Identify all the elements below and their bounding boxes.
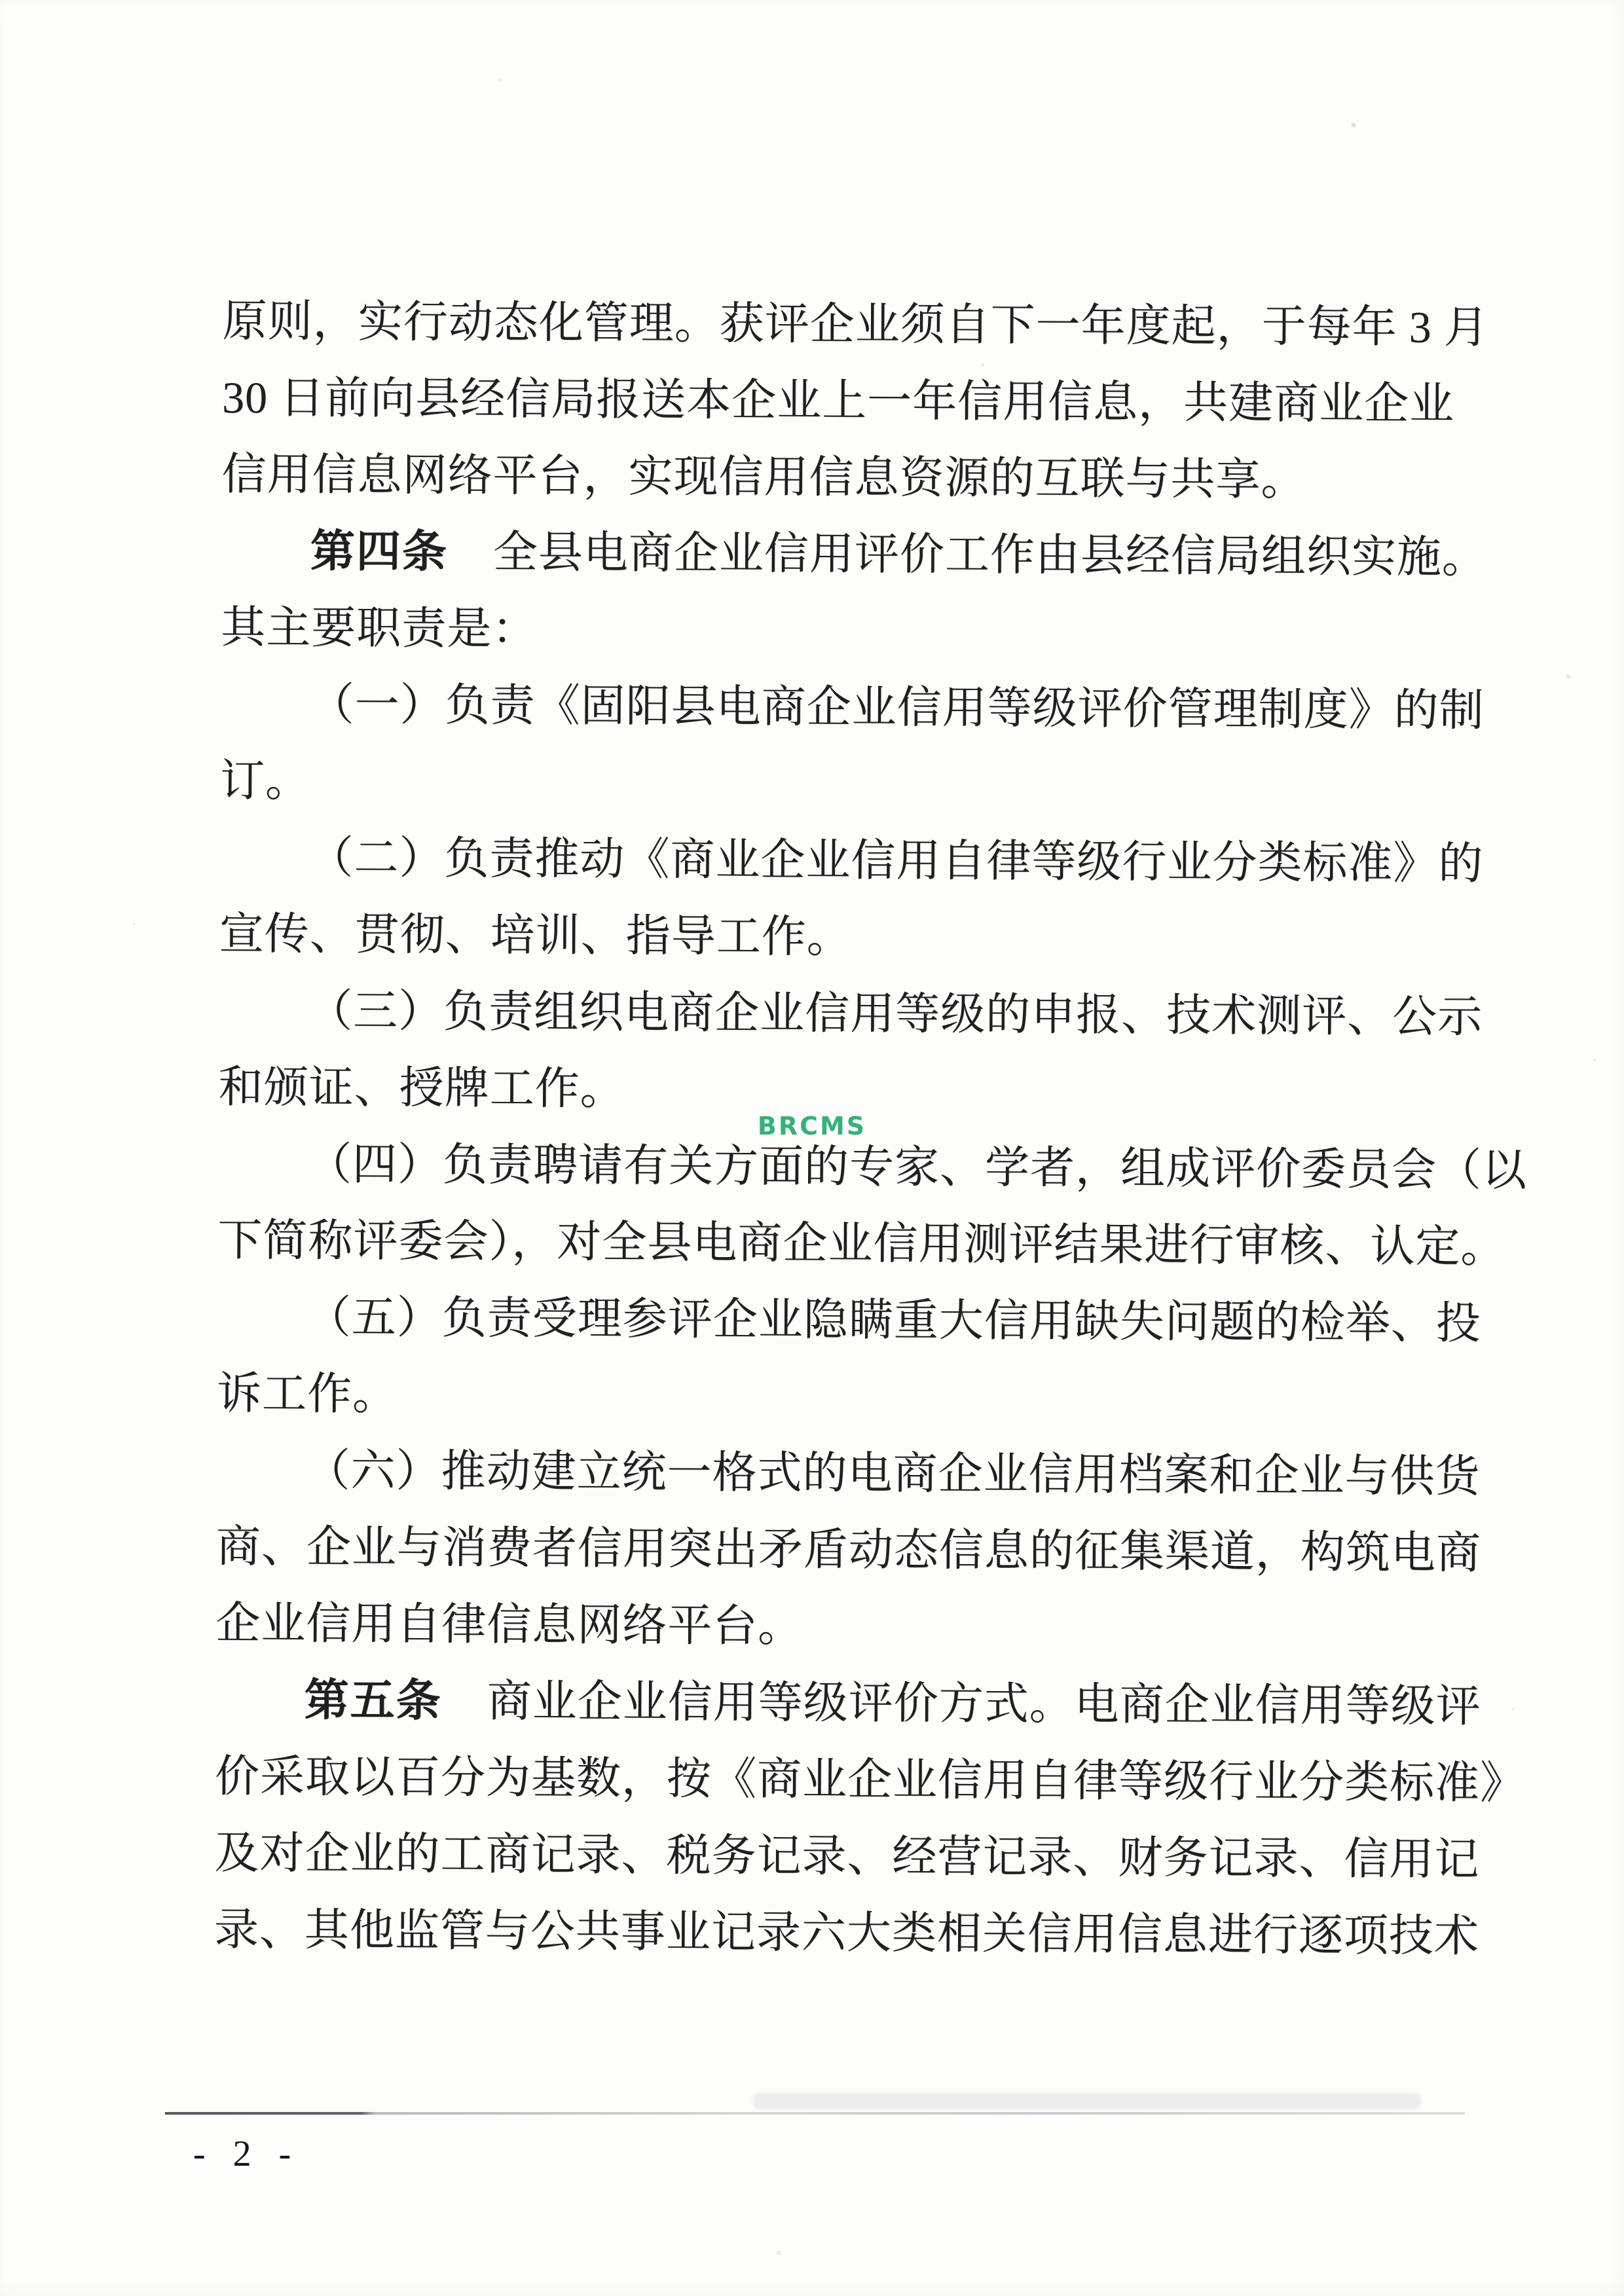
text-line: 原则，实行动态化管理。获评企业须自下一年度起，于每年 3 月 (222, 283, 1467, 366)
text-line: （三）负责组织电商企业信用等级的申报、技术测评、公示 (219, 972, 1464, 1055)
text-segment: （六）推动建立统一格式的电商企业信用档案和企业与供货 (305, 1446, 1480, 1501)
text-segment: 及对企业的工商记录、税务记录、经营记录、财务记录、信用记 (214, 1828, 1479, 1884)
text-segment: （三）负责组织电商企业信用等级的申报、技术测评、公示 (308, 986, 1483, 1042)
text-segment: （五）负责受理参评企业隐瞒重大信用缺失问题的检举、投 (306, 1292, 1481, 1348)
text-line: 录、其他监管与公共事业记录六大类相关信用信息进行逐项技术 (214, 1891, 1459, 1975)
watermark-text: BRCMS (758, 1112, 866, 1140)
text-segment: 订。 (220, 756, 310, 806)
text-segment: 和颁证、授牌工作。 (218, 1062, 625, 1114)
scan-smudge (753, 2092, 1421, 2109)
text-segment: 企业信用自律信息网络平台。 (215, 1598, 803, 1651)
text-segment: 30 日前向县经信局报送本企业上一年信用信息，共建商业企业 (222, 373, 1454, 429)
text-line: 30 日前向县经信局报送本企业上一年信用信息，共建商业企业 (222, 359, 1467, 443)
text-segment: 价采取以百分为基数，按《商业企业信用自律等级行业分类标准》 (215, 1751, 1525, 1808)
text-line: 第五条 商业企业信用等级评价方式。电商企业信用等级评 (215, 1662, 1460, 1745)
text-line: 第四条 全县电商企业信用评价工作由县经信局组织实施。 (221, 513, 1466, 596)
text-segment: 诉工作。 (217, 1368, 397, 1419)
text-segment: 其主要职责是： (221, 602, 537, 654)
text-line: 下简称评委会），对全县电商企业信用测评结果进行审核、认定。 (217, 1202, 1462, 1285)
text-segment: （四）负责聘请有关方面的专家、学者，组成评价委员会（以 (307, 1139, 1527, 1195)
text-line: 信用信息网络平台，实现信用信息资源的互联与共享。 (221, 436, 1466, 519)
scanned-document-page: 原则，实行动态化管理。获评企业须自下一年度起，于每年 3 月30 日前向县经信局… (0, 0, 1624, 2296)
text-segment: 下简称评委会），对全县电商企业信用测评结果进行审核、认定。 (217, 1215, 1505, 1271)
text-line: 企业信用自律信息网络平台。 (215, 1585, 1460, 1668)
text-line: 其主要职责是： (221, 589, 1466, 672)
text-segment: 原则，实行动态化管理。获评企业须自下一年度起，于每年 3 月 (222, 296, 1488, 352)
text-line: （六）推动建立统一格式的电商企业信用档案和企业与供货 (216, 1432, 1461, 1515)
text-segment: （一）负责《固阳县电商企业信用等级评价管理制度》的制 (309, 680, 1484, 735)
text-line: （五）负责受理参评企业隐瞒重大信用缺失问题的检举、投 (217, 1279, 1462, 1362)
page-number: - 2 - (193, 2133, 300, 2175)
text-segment: 录、其他监管与公共事业记录六大类相关信用信息进行逐项技术 (214, 1904, 1479, 1961)
scan-artifact-line (165, 2112, 1465, 2115)
text-line: 订。 (220, 742, 1465, 826)
text-line: 价采取以百分为基数，按《商业企业信用自律等级行业分类标准》 (215, 1738, 1460, 1821)
article-heading: 第五条 (304, 1675, 441, 1726)
text-line: （二）负责推动《商业企业信用自律等级行业分类标准》的 (219, 819, 1464, 902)
text-line: 宣传、贯彻、培训、指导工作。 (219, 896, 1464, 979)
text-segment: （二）负责推动《商业企业信用自律等级行业分类标准》的 (308, 833, 1483, 888)
text-segment: 宣传、贯彻、培训、指导工作。 (219, 909, 852, 962)
text-segment: 商、企业与消费者信用突出矛盾动态信息的征集渠道，构筑电商 (216, 1522, 1481, 1578)
text-segment: 全县电商企业信用评价工作由县经信局组织实施。 (448, 527, 1487, 582)
text-line: 诉工作。 (217, 1355, 1462, 1438)
text-segment: 商业企业信用等级评价方式。电商企业信用等级评 (441, 1676, 1481, 1731)
text-segment: 信用信息网络平台，实现信用信息资源的互联与共享。 (221, 449, 1306, 505)
text-line: 商、企业与消费者信用突出矛盾动态信息的征集渠道，构筑电商 (216, 1508, 1461, 1592)
article-heading: 第四条 (310, 526, 448, 577)
text-line: （一）负责《固阳县电商企业信用等级评价管理制度》的制 (220, 666, 1465, 749)
scan-speckles (0, 0, 1, 1)
text-line: 及对企业的工商记录、税务记录、经营记录、财务记录、信用记 (214, 1815, 1459, 1898)
